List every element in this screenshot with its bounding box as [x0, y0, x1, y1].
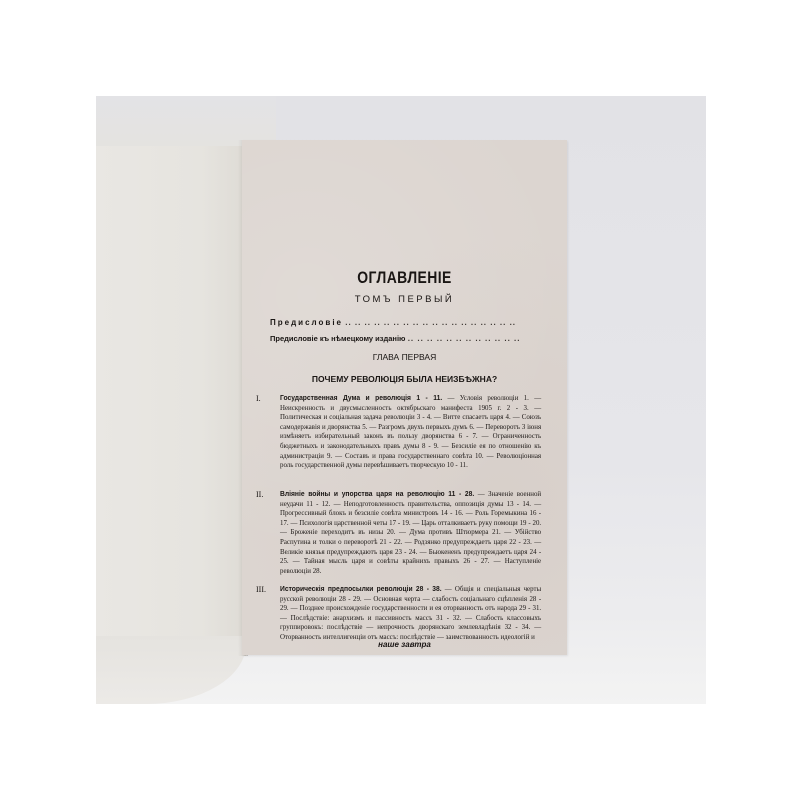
- toc-entry-label: Предисловіе къ нѣмецкому изданію: [270, 334, 405, 343]
- book-photo: ОГЛАВЛЕНІЕ ТОМЪ ПЕРВЫЙ Предисловіе .. ..…: [96, 96, 706, 704]
- chapter-subtitle: ПОЧЕМУ РЕВОЛЮЦІЯ БЫЛА НЕИЗБѢЖНА?: [242, 374, 567, 384]
- section-body: Государственная Дума и революція 1 - 11.…: [280, 394, 541, 471]
- toc-section: II. Вліяніе войны и упорства царя на рев…: [256, 490, 556, 576]
- toc-entry-label: Предисловіе: [270, 318, 343, 327]
- left-page-curl: [96, 96, 276, 146]
- section-title: Историческія предпосылки революціи 28 - …: [280, 586, 442, 593]
- toc-section: III. Историческія предпосылки революціи …: [256, 585, 556, 643]
- right-page: ОГЛАВЛЕНІЕ ТОМЪ ПЕРВЫЙ Предисловіе .. ..…: [242, 140, 567, 655]
- volume-label: ТОМЪ ПЕРВЫЙ: [242, 294, 567, 305]
- section-text: — Значеніе военной неудачи 11 - 12. — Не…: [280, 490, 541, 575]
- section-body: Историческія предпосылки революціи 28 - …: [280, 585, 541, 643]
- page-title: ОГЛАВЛЕНІЕ: [271, 268, 538, 288]
- toc-entry-german-preface: Предисловіе къ нѣмецкому изданію .. .. .…: [270, 334, 525, 343]
- left-page: [96, 96, 246, 656]
- section-number: III.: [256, 585, 266, 595]
- section-title: Вліяніе войны и упорства царя на революц…: [280, 491, 474, 498]
- toc-entry-preface: Предисловіе .. .. .. .. .. .. .. .. .. .…: [270, 318, 525, 327]
- left-page-bottom: [96, 636, 246, 704]
- section-text: — Общія и спеціальныя черты русской рево…: [280, 585, 541, 641]
- section-title: Государственная Дума и революція 1 - 11.: [280, 395, 442, 402]
- section-body: Вліяніе войны и упорства царя на революц…: [280, 490, 541, 576]
- toc-leader-dots: .. .. .. .. .. .. .. .. .. .. .. .. .. .…: [345, 318, 516, 327]
- chapter-heading: ГЛАВА ПЕРВАЯ: [242, 352, 567, 362]
- toc-section: I. Государственная Дума и революція 1 - …: [256, 394, 556, 471]
- publisher-logo: наше завтра: [242, 640, 567, 649]
- section-number: I.: [256, 394, 261, 404]
- section-number: II.: [256, 490, 263, 500]
- section-text: — Условія революціи 1. — Неискренность и…: [280, 394, 541, 469]
- toc-leader-dots: .. .. .. .. .. .. .. .. .. .. .. ..: [408, 334, 521, 343]
